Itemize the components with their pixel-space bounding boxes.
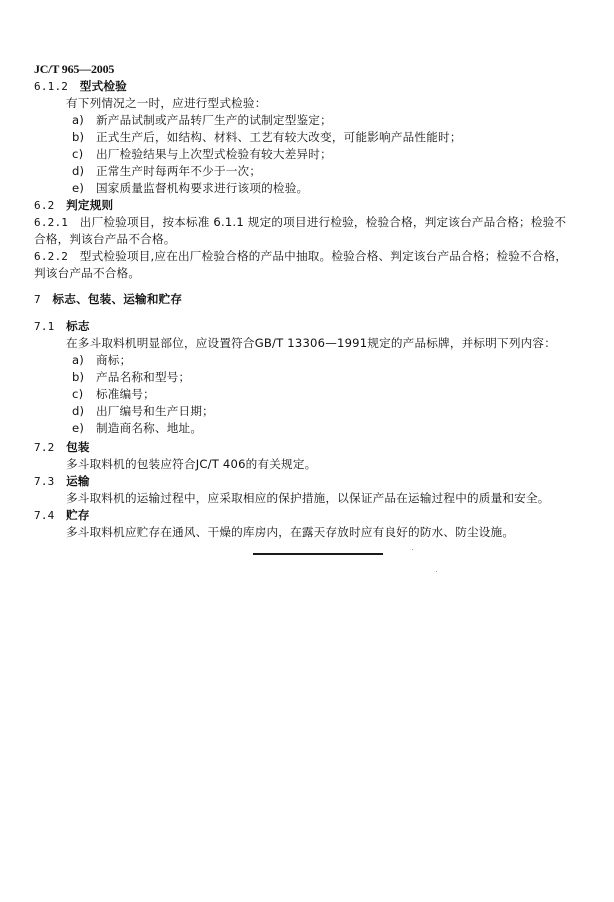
- scan-speck: [436, 571, 437, 572]
- section-title: 型式检验: [80, 79, 127, 93]
- section-number: 7.3: [34, 475, 54, 488]
- section-number: 7.4: [34, 509, 54, 522]
- clause-6-2-1-line2: 合格，判该台产品不合格。: [34, 232, 176, 246]
- clause-number: 6.2.2: [34, 250, 68, 263]
- clause-text: 出厂检验项目，按本标准 6.1.1 规定的项目进行检验，检验合格，判定该台产品合…: [80, 215, 566, 229]
- list-text: 正常生产时每两年不少于一次；: [96, 164, 261, 178]
- clause-text: 型式检验项目,应在出厂检验合格的产品中抽取。检验合格、判定该台产品合格；检验不合…: [80, 249, 567, 263]
- chapter-number: 7: [34, 293, 41, 306]
- section-number: 6.1.2: [34, 80, 68, 93]
- section-number: 7.1: [34, 320, 54, 333]
- section-7-3-heading: 7.3 运输: [34, 474, 90, 489]
- list-marker: c): [72, 387, 83, 401]
- list-marker: e): [72, 421, 84, 435]
- chapter-title: 标志、包装、运输和贮存: [52, 292, 182, 306]
- section-number: 6.2: [34, 199, 54, 212]
- section-title: 贮存: [66, 508, 90, 522]
- list-text: 新产品试制或产品转厂生产的试制定型鉴定；: [96, 113, 332, 127]
- section-7-3-text: 多斗取料机的运输过程中，应采取相应的保护措施，以保证产品在运输过程中的质量和安全…: [66, 491, 550, 505]
- section-number: 7.2: [34, 441, 54, 454]
- list-marker: d): [72, 164, 84, 178]
- chapter-7-heading: 7 标志、包装、运输和贮存: [34, 292, 182, 307]
- list-marker: a): [72, 353, 84, 367]
- section-7-2-heading: 7.2 包装: [34, 440, 90, 455]
- list-text: 商标；: [96, 353, 131, 367]
- list-text: 出厂编号和生产日期；: [96, 404, 214, 418]
- list-text: 出厂检验结果与上次型式检验有较大差异时；: [96, 147, 332, 161]
- section-7-1-intro: 在多斗取料机明显部位，应设置符合GB/T 13306—1991规定的产品标牌，并…: [66, 336, 556, 350]
- section-6-1-2-intro: 有下列情况之一时，应进行型式检验：: [66, 96, 267, 110]
- section-7-1-heading: 7.1 标志: [34, 319, 90, 334]
- standard-code-header: JC/T 965—2005: [34, 62, 114, 76]
- clause-6-2-1-line1: 6.2.1 出厂检验项目，按本标准 6.1.1 规定的项目进行检验，检验合格，判…: [34, 215, 566, 230]
- clause-number: 6.2.1: [34, 216, 68, 229]
- list-marker: b): [72, 130, 84, 144]
- section-7-4-text: 多斗取料机应贮存在通风、干燥的库房内，在露天存放时应有良好的防水、防尘设施。: [66, 525, 514, 539]
- scan-speck: [412, 549, 413, 550]
- section-title: 判定规则: [66, 198, 113, 212]
- list-marker: d): [72, 404, 84, 418]
- section-6-2-heading: 6.2 判定规则: [34, 198, 113, 213]
- list-text: 标准编号；: [96, 387, 155, 401]
- clause-6-2-2-line1: 6.2.2 型式检验项目,应在出厂检验合格的产品中抽取。检验合格、判定该台产品合…: [34, 249, 567, 264]
- document-page: JC/T 965—2005 6.1.2 型式检验 有下列情况之一时，应进行型式检…: [0, 0, 614, 902]
- list-marker: e): [72, 181, 84, 195]
- list-marker: b): [72, 370, 84, 384]
- section-title: 包装: [66, 440, 90, 454]
- list-marker: c): [72, 147, 83, 161]
- section-title: 标志: [66, 319, 90, 333]
- section-7-4-heading: 7.4 贮存: [34, 508, 90, 523]
- list-text: 制造商名称、地址。: [96, 421, 202, 435]
- section-title: 运输: [66, 474, 90, 488]
- end-of-document-rule: [253, 553, 383, 555]
- list-text: 产品名称和型号；: [96, 370, 190, 384]
- list-text: 国家质量监督机构要求进行该项的检验。: [96, 181, 308, 195]
- list-text: 正式生产后，如结构、材料、工艺有较大改变，可能影响产品性能时；: [96, 130, 462, 144]
- clause-6-2-2-line2: 判该台产品不合格。: [34, 266, 140, 280]
- section-6-1-2-heading: 6.1.2 型式检验: [34, 79, 127, 94]
- section-7-2-text: 多斗取料机的包装应符合JC/T 406的有关规定。: [66, 457, 316, 471]
- list-marker: a): [72, 113, 84, 127]
